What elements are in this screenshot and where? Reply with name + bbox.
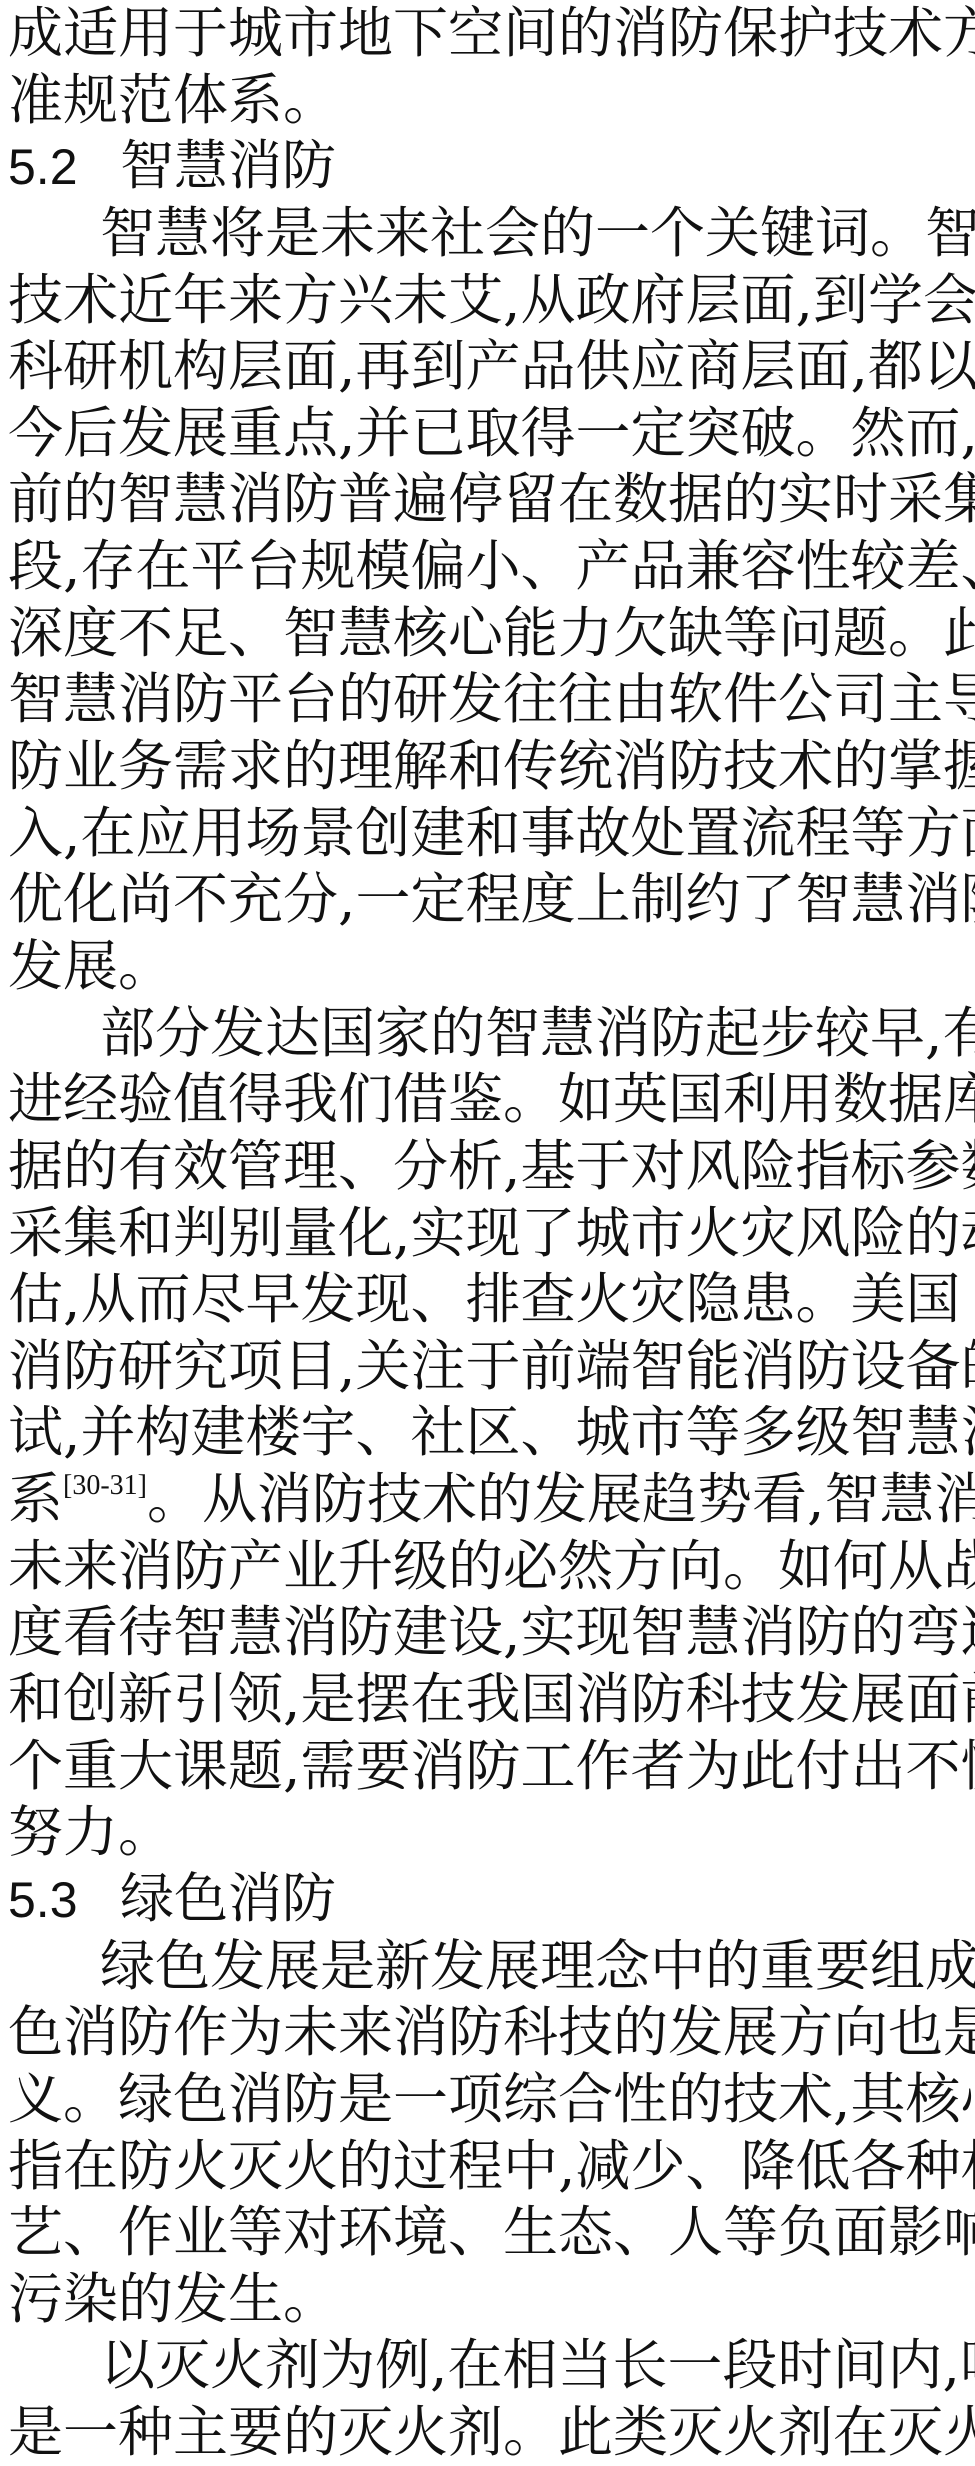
text-line: 准规范体系。 [8,67,970,134]
text-line: 试,并构建楼宇、社区、城市等多级智慧消防体 [8,1399,970,1466]
text-line: 据的有效管理、分析,基于对风险指标参数的快速 [8,1133,970,1200]
text-line: 防业务需求的理解和传统消防技术的掌握不够深 [8,733,970,800]
text-line: 估,从而尽早发现、排查火灾隐患。美国 NIST 智慧 [8,1266,970,1333]
text-fragment: 系 [8,1467,63,1531]
text-line: 和创新引领,是摆在我国消防科技发展面前的一 [8,1666,970,1733]
text-line: 发展。 [8,933,970,1000]
text-line: 智慧消防平台的研发往往由软件公司主导,其对消 [8,666,970,733]
text-line: 采集和判别量化,实现了城市火灾风险的动态评 [8,1200,970,1267]
text-line: 色消防作为未来消防科技的发展方向也是应有之 [8,1999,970,2066]
text-line: 技术近年来方兴未艾,从政府层面,到学会、协会、 [8,267,970,334]
text-line: 义。绿色消防是一项综合性的技术,其核心理念是 [8,2066,970,2133]
document-page: 成适用于城市地下空间的消防保护技术方案和标 准规范体系。 5.2智慧消防 智慧将… [8,0,970,2466]
text-fragment: 。从消防技术的发展趋势看,智慧消防是 [147,1467,975,1531]
text-line: 污染的发生。 [8,2266,970,2333]
section-title: 绿色消防 [120,1867,336,1930]
text-line: 深度不足、智慧核心能力欠缺等问题。此外,目前 [8,600,970,667]
text-line: 度看待智慧消防建设,实现智慧消防的弯道超车 [8,1599,970,1666]
section-number: 5.3 [8,1867,120,1934]
text-line: 进经验值得我们借鉴。如英国利用数据库对大数 [8,1066,970,1133]
text-line: 努力。 [8,1799,970,1866]
text-line: 优化尚不充分,一定程度上制约了智慧消防技术的 [8,866,970,933]
text-line: 以灭火剂为例,在相当长一段时间内,哈龙都 [8,2332,970,2399]
text-line: 前的智慧消防普遍停留在数据的实时采集、监控阶 [8,466,970,533]
text-line: 智慧将是未来社会的一个关键词。智慧消防 [8,200,970,267]
section-heading-5-2: 5.2智慧消防 [8,133,970,200]
citation-reference: [30-31] [63,1470,147,1501]
text-line: 科研机构层面,再到产品供应商层面,都以此作为 [8,333,970,400]
text-line: 艺、作业等对环境、生态、人等负面影响,规避二次 [8,2199,970,2266]
text-line: 入,在应用场景创建和事故处置流程等方面的整合 [8,800,970,867]
text-line: 部分发达国家的智慧消防起步较早,有若干先 [8,1000,970,1067]
paragraph: 部分发达国家的智慧消防起步较早,有若干先 进经验值得我们借鉴。如英国利用数据库对… [8,1000,970,1866]
paragraph: 智慧将是未来社会的一个关键词。智慧消防 技术近年来方兴未艾,从政府层面,到学会、… [8,200,970,1000]
text-line: 段,存在平台规模偏小、产品兼容性较差、数据挖掘 [8,533,970,600]
text-line: 成适用于城市地下空间的消防保护技术方案和标 [8,0,970,67]
text-line: 指在防火灭火的过程中,减少、降低各种材料、工 [8,2133,970,2200]
text-line: 个重大课题,需要消防工作者为此付出不懈的 [8,1733,970,1800]
text-line: 消防研究项目,关注于前端智能消防设备的研发测 [8,1333,970,1400]
text-line-with-citation: 系[30-31]。从消防技术的发展趋势看,智慧消防是 [8,1466,970,1533]
text-line: 今后发展重点,并已取得一定突破。然而,我国目 [8,400,970,467]
section-title: 智慧消防 [120,134,336,197]
section-number: 5.2 [8,134,120,201]
text-line: 未来消防产业升级的必然方向。如何从战略的高 [8,1533,970,1600]
paragraph: 以灭火剂为例,在相当长一段时间内,哈龙都 是一种主要的灭火剂。此类灭火剂在灭火的… [8,2332,970,2465]
section-heading-5-3: 5.3绿色消防 [8,1866,970,1933]
paragraph: 绿色发展是新发展理念中的重要组成部分,绿 色消防作为未来消防科技的发展方向也是应… [8,1933,970,2333]
text-line: 是一种主要的灭火剂。此类灭火剂在灭火的过程 [8,2399,970,2466]
text-line: 绿色发展是新发展理念中的重要组成部分,绿 [8,1933,970,2000]
